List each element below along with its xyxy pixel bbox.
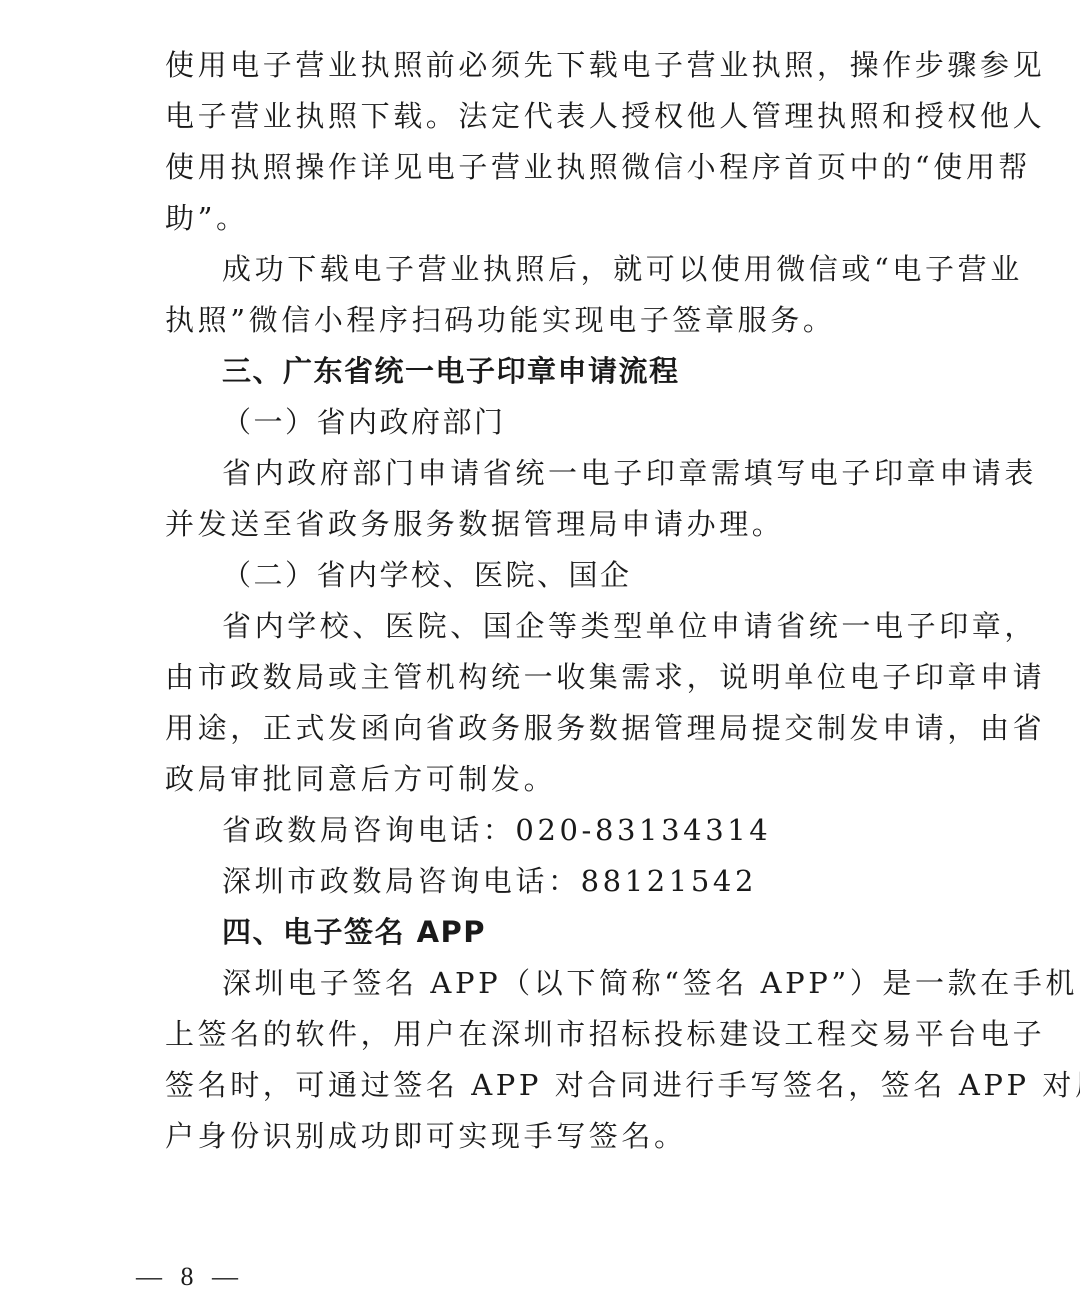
subsection-heading-1: （一）省内政府部门 xyxy=(222,397,955,448)
body-text-line: 使用电子营业执照前必须先下载电子营业执照，操作步骤参见 xyxy=(165,40,955,91)
body-text-line: 深圳电子签名 APP（以下简称“签名 APP”）是一款在手机 xyxy=(222,958,955,1009)
subsection-heading-2: （二）省内学校、医院、国企 xyxy=(222,550,955,601)
body-text-line: 由市政数局或主管机构统一收集需求，说明单位电子印章申请 xyxy=(165,652,955,703)
body-text-line: 用途，正式发函向省政务服务数据管理局提交制发申请，由省 xyxy=(165,703,955,754)
body-text-line: 省内学校、医院、国企等类型单位申请省统一电子印章， xyxy=(222,601,955,652)
page-number: — 8 — xyxy=(136,1262,244,1292)
body-text-line: 并发送至省政务服务数据管理局申请办理。 xyxy=(165,499,955,550)
body-text-line: 使用执照操作详见电子营业执照微信小程序首页中的“使用帮 xyxy=(165,142,955,193)
shenzhen-contact-phone: 深圳市政数局咨询电话：88121542 xyxy=(222,856,955,907)
body-text-line: 上签名的软件，用户在深圳市招标投标建设工程交易平台电子 xyxy=(165,1009,955,1060)
body-text-line: 电子营业执照下载。法定代表人授权他人管理执照和授权他人 xyxy=(165,91,955,142)
provincial-contact-phone: 省政数局咨询电话：020-83134314 xyxy=(222,805,955,856)
section-heading-4: 四、电子签名 APP xyxy=(222,907,955,958)
body-text-line: 助”。 xyxy=(165,193,955,244)
body-text-line: 成功下载电子营业执照后，就可以使用微信或“电子营业 xyxy=(222,244,955,295)
document-page: 使用电子营业执照前必须先下载电子营业执照，操作步骤参见 电子营业执照下载。法定代… xyxy=(0,0,1080,1302)
body-text-line: 签名时，可通过签名 APP 对合同进行手写签名，签名 APP 对用 xyxy=(165,1060,955,1111)
body-text-line: 政局审批同意后方可制发。 xyxy=(165,754,955,805)
body-text-line: 执照”微信小程序扫码功能实现电子签章服务。 xyxy=(165,295,955,346)
body-text-line: 省内政府部门申请省统一电子印章需填写电子印章申请表 xyxy=(222,448,955,499)
section-heading-3: 三、广东省统一电子印章申请流程 xyxy=(222,346,955,397)
body-text-line: 户身份识别成功即可实现手写签名。 xyxy=(165,1111,955,1162)
